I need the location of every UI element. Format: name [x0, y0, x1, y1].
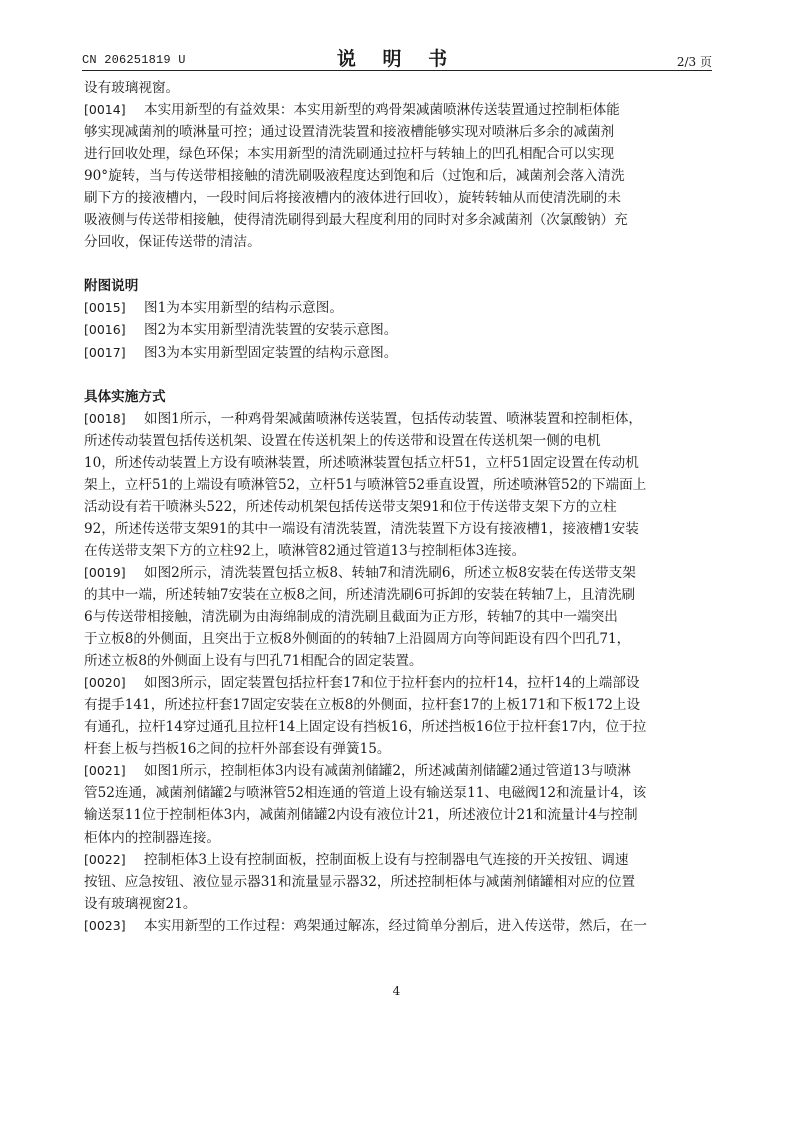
paragraph-number: [0021]	[84, 760, 144, 782]
paragraph-0014: [0014]本实用新型的有益效果：本实用新型的鸡骨架减菌喷淋传送装置通过控制柜体…	[84, 99, 710, 253]
page-header: CN 206251819 U 说 明 书 2/3 页	[82, 44, 712, 70]
header-rule	[82, 70, 712, 71]
paragraph-number: [0023]	[84, 915, 144, 937]
paragraph-number: [0022]	[84, 849, 144, 871]
paragraph-0015: [0015]图1为本实用新型的结构示意图。	[84, 297, 710, 319]
paragraph-number: [0015]	[84, 297, 144, 319]
section-heading-embodiment: 具体实施方式	[84, 386, 710, 408]
paragraph-number: [0014]	[84, 99, 144, 121]
section-heading-figures: 附图说明	[84, 275, 710, 297]
paragraph-0019: [0019]如图2所示，清洗装置包括立板8、转轴7和清洗刷6，所述立板8安装在传…	[84, 562, 710, 672]
paragraph-number: [0019]	[84, 562, 144, 584]
paragraph-number: [0016]	[84, 319, 144, 341]
paragraph-number: [0017]	[84, 342, 144, 364]
paragraph-0022: [0022]控制柜体3上设有控制面板，控制面板上设有与控制器电气连接的开关按钮、…	[84, 849, 710, 915]
continuation-text: 设有玻璃视窗。	[84, 77, 710, 99]
document-body: 设有玻璃视窗。 [0014]本实用新型的有益效果：本实用新型的鸡骨架减菌喷淋传送…	[84, 77, 710, 937]
paragraph-number: [0018]	[84, 408, 144, 430]
paragraph-0023: [0023]本实用新型的工作过程：鸡架通过解冻，经过简单分割后，进入传送带，然后…	[84, 915, 710, 937]
paragraph-0020: [0020]如图3所示，固定装置包括拉杆套17和位于拉杆套内的拉杆14，拉杆14…	[84, 672, 710, 760]
paragraph-number: [0020]	[84, 672, 144, 694]
document-title: 说 明 书	[82, 44, 712, 71]
paragraph-0017: [0017]图3为本实用新型固定装置的结构示意图。	[84, 342, 710, 364]
page-info: 2/3 页	[677, 53, 712, 70]
paragraph-0018: [0018]如图1所示，一种鸡骨架减菌喷淋传送装置，包括传动装置、喷淋装置和控制…	[84, 408, 710, 562]
paragraph-0016: [0016]图2为本实用新型清洗装置的安装示意图。	[84, 319, 710, 341]
page-number: 4	[0, 984, 793, 998]
paragraph-0021: [0021]如图1所示，控制柜体3内设有减菌剂储罐2，所述减菌剂储罐2通过管道1…	[84, 760, 710, 848]
